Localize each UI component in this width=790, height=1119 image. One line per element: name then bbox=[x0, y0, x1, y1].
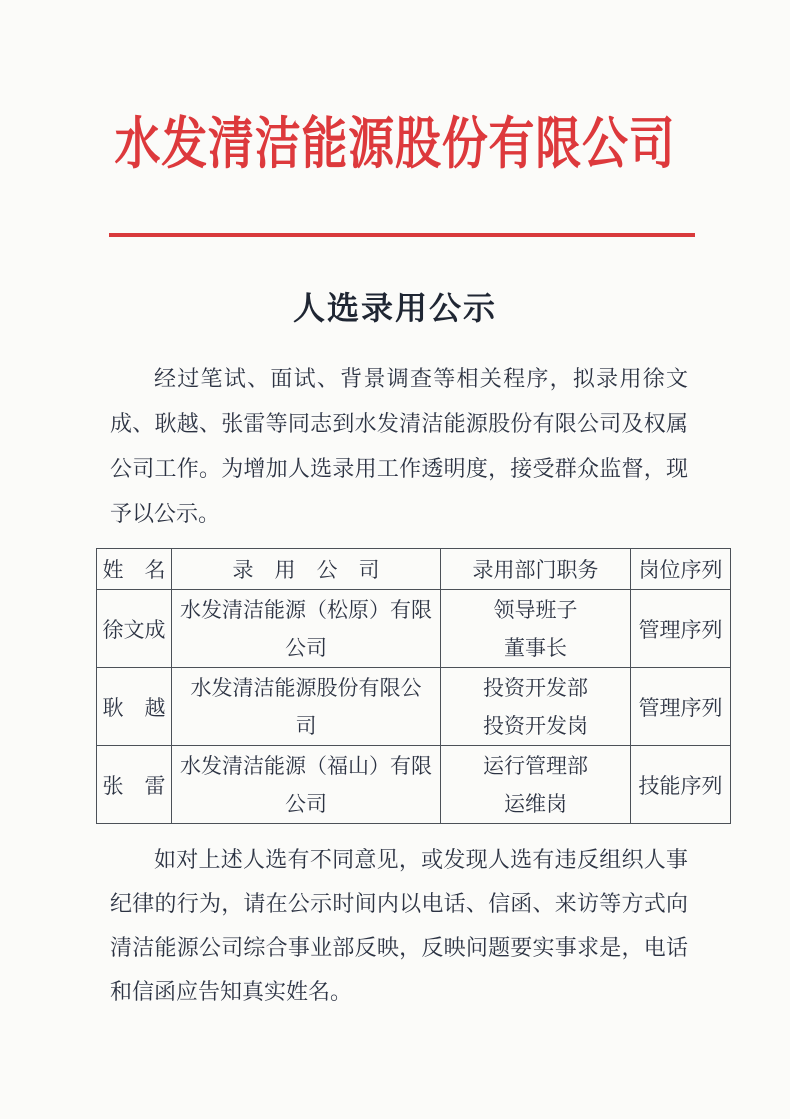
company-line: 公司 bbox=[174, 629, 438, 667]
table-row: 张 雷 水发清洁能源（福山）有限 公司 运行管理部 运维岗 技能序列 bbox=[97, 746, 731, 824]
table-header-row: 姓 名 录 用 公 司 录用部门职务 岗位序列 bbox=[97, 549, 731, 590]
company-line: 水发清洁能源（福山）有限 bbox=[174, 747, 438, 785]
table-row: 徐文成 水发清洁能源（松原）有限 公司 领导班子 董事长 管理序列 bbox=[97, 590, 731, 668]
table-row: 耿 越 水发清洁能源股份有限公 司 投资开发部 投资开发岗 管理序列 bbox=[97, 668, 731, 746]
cell-series: 技能序列 bbox=[631, 746, 731, 824]
cell-department-position: 领导班子 董事长 bbox=[441, 590, 631, 668]
company-line: 水发清洁能源（松原）有限 bbox=[174, 591, 438, 629]
column-header-series: 岗位序列 bbox=[631, 549, 731, 590]
outro-paragraph: 如对上述人选有不同意见，或发现人选有违反组织人事纪律的行为，请在公示时间内以电话… bbox=[110, 838, 688, 1014]
cell-name: 耿 越 bbox=[97, 668, 172, 746]
column-header-name: 姓 名 bbox=[97, 549, 172, 590]
document-title: 人选录用公示 bbox=[0, 283, 790, 329]
position-line: 董事长 bbox=[443, 629, 628, 667]
cell-name: 张 雷 bbox=[97, 746, 172, 824]
position-line: 投资开发岗 bbox=[443, 707, 628, 745]
cell-name: 徐文成 bbox=[97, 590, 172, 668]
company-letterhead-title: 水发清洁能源股份有限公司 bbox=[71, 100, 719, 180]
cell-department-position: 投资开发部 投资开发岗 bbox=[441, 668, 631, 746]
cell-series: 管理序列 bbox=[631, 590, 731, 668]
column-header-department: 录用部门职务 bbox=[441, 549, 631, 590]
department-line: 运行管理部 bbox=[443, 747, 628, 785]
cell-company: 水发清洁能源（松原）有限 公司 bbox=[172, 590, 441, 668]
cell-series: 管理序列 bbox=[631, 668, 731, 746]
cell-company: 水发清洁能源股份有限公 司 bbox=[172, 668, 441, 746]
cell-company: 水发清洁能源（福山）有限 公司 bbox=[172, 746, 441, 824]
column-header-company: 录 用 公 司 bbox=[172, 549, 441, 590]
position-line: 运维岗 bbox=[443, 785, 628, 823]
recruitment-table: 姓 名 录 用 公 司 录用部门职务 岗位序列 徐文成 水发清洁能源（松原）有限… bbox=[96, 548, 731, 824]
company-line: 司 bbox=[174, 707, 438, 745]
intro-paragraph: 经过笔试、面试、背景调查等相关程序，拟录用徐文成、耿越、张雷等同志到水发清洁能源… bbox=[110, 356, 688, 536]
company-line: 水发清洁能源股份有限公 bbox=[174, 669, 438, 707]
company-line: 公司 bbox=[174, 785, 438, 823]
letterhead-divider-rule bbox=[109, 233, 695, 237]
department-line: 投资开发部 bbox=[443, 669, 628, 707]
cell-department-position: 运行管理部 运维岗 bbox=[441, 746, 631, 824]
document-page: 水发清洁能源股份有限公司 人选录用公示 经过笔试、面试、背景调查等相关程序，拟录… bbox=[0, 0, 790, 1119]
department-line: 领导班子 bbox=[443, 591, 628, 629]
